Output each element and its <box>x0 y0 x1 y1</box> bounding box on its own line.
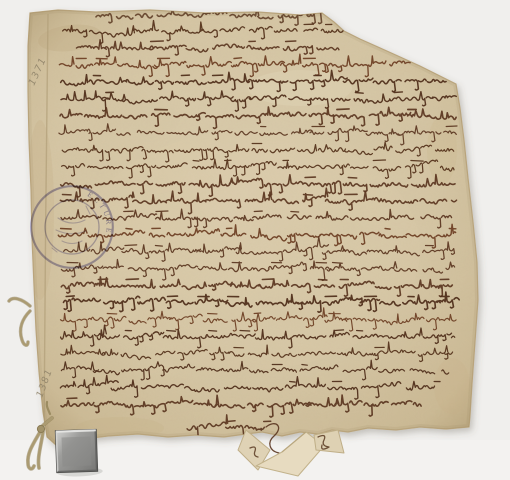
document-scan: 1371 1381 ECTURE <box>0 0 510 480</box>
metal-clip <box>55 429 103 477</box>
parchment-scan-svg: 1371 1381 ECTURE <box>0 0 510 480</box>
parchment-detail <box>20 0 490 460</box>
